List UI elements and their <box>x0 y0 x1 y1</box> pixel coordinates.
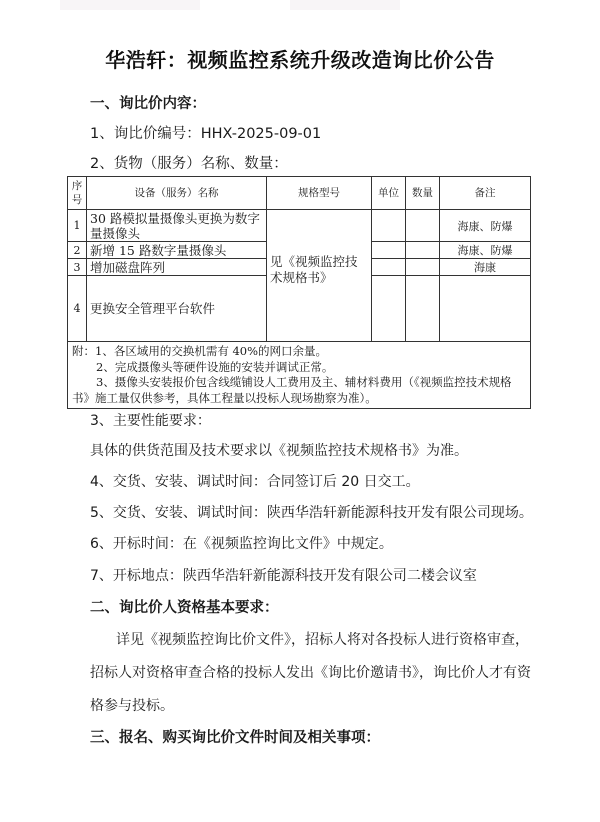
document-page: 华浩轩：视频监控系统升级改造询比价公告 一、询比价内容： 1、询比价编号：HHX… <box>0 0 600 822</box>
row-name: 新增 15 路数字量摄像头 <box>87 242 267 259</box>
row-name: 增加磁盘阵列 <box>87 259 267 276</box>
row-qty <box>406 210 440 242</box>
section3-heading: 三、报名、购买询比价文件时间及相关事项： <box>90 726 380 747</box>
row-note: 海康、防爆 <box>440 242 531 259</box>
row-note: 海康、防爆 <box>440 210 531 242</box>
section1-heading: 一、询比价内容： <box>90 92 206 113</box>
row-note: 海康 <box>440 259 531 276</box>
row-qty <box>406 276 440 342</box>
row-note <box>440 276 531 342</box>
row-no: 2 <box>68 242 87 259</box>
spec-merged-cell: 见《视频监控技术规格书》 <box>267 210 372 342</box>
table-notes: 附：1、各区域用的交换机需有 40%的网口余量。 2、完成摄像头等硬件设施的安装… <box>68 342 531 409</box>
perf-body: 具体的供货范围及技术要求以《视频监控技术规格书》为准。 <box>90 440 468 460</box>
table-notes-row: 附：1、各区域用的交换机需有 40%的网口余量。 2、完成摄像头等硬件设施的安装… <box>68 342 531 409</box>
opening-time: 6、开标时间：在《视频监控询比文件》中规定。 <box>90 533 393 553</box>
header-no: 序号 <box>68 177 87 210</box>
row-qty <box>406 259 440 276</box>
header-name: 设备（服务）名称 <box>87 177 267 210</box>
delivery-place: 5、交货、安装、调试时间：陕西华浩轩新能源科技开发有限公司现场。 <box>90 502 533 522</box>
scan-bleed <box>60 0 200 10</box>
section2-heading: 二、询比价人资格基本要求： <box>90 596 279 617</box>
note-1: 附：1、各区域用的交换机需有 40%的网口余量。 <box>72 344 526 360</box>
header-qty: 数量 <box>406 177 440 210</box>
goods-table: 序号 设备（服务）名称 规格型号 单位 数量 备注 1 30 路模拟量摄像头更换… <box>67 176 531 409</box>
row-no: 3 <box>68 259 87 276</box>
row-name: 更换安全管理平台软件 <box>87 276 267 342</box>
perf-heading: 3、主要性能要求： <box>90 410 211 430</box>
delivery-time: 4、交货、安装、调试时间：合同签订后 20 日交工。 <box>90 471 420 491</box>
opening-place: 7、开标地点：陕西华浩轩新能源科技开发有限公司二楼会议室 <box>90 565 477 585</box>
goods-label: 2、货物（服务）名称、数量： <box>90 152 288 173</box>
note-3: 3、摄像头安装报价包含线缆铺设人工费用及主、辅材料费用（《视频监控技术规格书》施… <box>72 375 526 406</box>
row-unit <box>372 276 406 342</box>
inquiry-number: 1、询比价编号：HHX-2025-09-01 <box>90 122 321 143</box>
table-header-row: 序号 设备（服务）名称 规格型号 单位 数量 备注 <box>68 177 531 210</box>
header-note: 备注 <box>440 177 531 210</box>
qualification-line-1: 详见《视频监控询比价文件》，招标人将对各投标人进行资格审查， <box>116 629 529 649</box>
row-name: 30 路模拟量摄像头更换为数字量摄像头 <box>87 210 267 242</box>
row-unit <box>372 210 406 242</box>
row-unit <box>372 242 406 259</box>
qualification-line-3: 格参与投标。 <box>90 695 174 715</box>
row-no: 4 <box>68 276 87 342</box>
row-unit <box>372 259 406 276</box>
page-title: 华浩轩：视频监控系统升级改造询比价公告 <box>0 44 600 73</box>
table-row: 1 30 路模拟量摄像头更换为数字量摄像头 见《视频监控技术规格书》 海康、防爆 <box>68 210 531 242</box>
scan-bleed <box>290 0 400 10</box>
row-qty <box>406 242 440 259</box>
qualification-line-2: 招标人对资格审查合格的投标人发出《询比价邀请书》，询比价人才有资 <box>90 662 531 682</box>
row-no: 1 <box>68 210 87 242</box>
note-2: 2、完成摄像头等硬件设施的安装并调试正常。 <box>72 360 526 376</box>
header-unit: 单位 <box>372 177 406 210</box>
header-spec: 规格型号 <box>267 177 372 210</box>
